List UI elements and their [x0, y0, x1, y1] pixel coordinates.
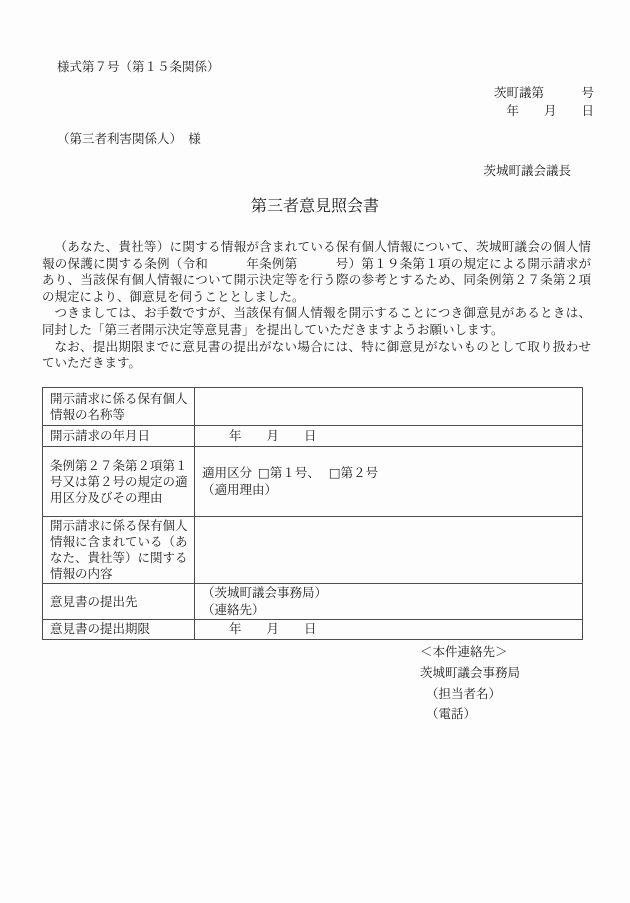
doc-number-block: 茨町議第 号 年 月 日 [494, 84, 594, 120]
applicability-line: 適用区分□第１号、□第２号 [202, 465, 576, 482]
table-row-info-content: 開示請求に係る保有個人情報に含まれている（あなた、貴社等）に関する情報の内容 [43, 517, 583, 584]
doc-number: 茨町議第 号 [494, 84, 594, 102]
contact-person: （担当者名） [420, 684, 520, 705]
row-value-info-content-blank [195, 517, 583, 584]
document-page: 様式第７号（第１５条関係） 茨町議第 号 年 月 日 （第三者利害関係人） 様 … [0, 0, 630, 903]
row-value-name-blank [195, 388, 583, 426]
table-row-name: 開示請求に係る保有個人情報の名称等 [43, 388, 583, 426]
row-label-info-content: 開示請求に係る保有個人情報に含まれている（あなた、貴社等）に関する情報の内容 [43, 517, 195, 584]
row-value-submit-to: （茨城町議会事務局） （連絡先） [195, 584, 583, 620]
table-row-request-date: 開示請求の年月日 年 月 日 [43, 426, 583, 447]
row-value-deadline-blank: 年 月 日 [195, 620, 583, 640]
row-value-request-date-blank: 年 月 日 [195, 426, 583, 447]
row-label-request-date: 開示請求の年月日 [43, 426, 195, 447]
row-label-applicability: 条例第２７条第２項第１号又は第２号の規定の適用区分及びその理由 [43, 447, 195, 517]
applicability-reason-label: （適用理由） [202, 482, 576, 499]
sender-title: 茨城町議会議長 [483, 161, 571, 179]
contact-org: 茨城町議会事務局 [420, 663, 520, 684]
doc-date: 年 月 日 [494, 102, 594, 120]
paragraph-2: つきましては、お手数ですが、当該保有個人情報を開示することにつき御意見があるとき… [42, 305, 591, 338]
request-info-table: 開示請求に係る保有個人情報の名称等 開示請求の年月日 年 月 日 条例第２７条第… [42, 387, 583, 640]
contact-header: ＜本件連絡先＞ [420, 642, 520, 663]
row-label-name: 開示請求に係る保有個人情報の名称等 [43, 388, 195, 426]
body-text: （あなた、貴社等）に関する情報が含まれている保有個人情報について、茨城町議会の個… [42, 239, 591, 372]
checkbox-no1-icon: □ [258, 465, 270, 480]
table-row-applicability: 条例第２７条第２項第１号又は第２号の規定の適用区分及びその理由 適用区分□第１号… [43, 447, 583, 517]
applicability-option-2: 第２号 [341, 465, 379, 480]
table-row-submit-to: 意見書の提出先 （茨城町議会事務局） （連絡先） [43, 584, 583, 620]
submit-to-line-1: （茨城町議会事務局） [202, 585, 576, 602]
table-row-deadline: 意見書の提出期限 年 月 日 [43, 620, 583, 640]
form-number: 様式第７号（第１５条関係） [57, 57, 220, 75]
row-label-deadline: 意見書の提出期限 [43, 620, 195, 640]
checkbox-no2-icon: □ [329, 465, 341, 480]
paragraph-1: （あなた、貴社等）に関する情報が含まれている保有個人情報について、茨城町議会の個… [42, 239, 591, 305]
addressee: （第三者利害関係人） 様 [57, 129, 201, 147]
row-value-applicability: 適用区分□第１号、□第２号 （適用理由） [195, 447, 583, 517]
submit-to-line-2: （連絡先） [202, 602, 576, 619]
paragraph-3: なお、提出期限までに意見書の提出がない場合には、特に御意見がないものとして取り扱… [42, 339, 591, 372]
document-title: 第三者意見照会書 [0, 193, 630, 216]
applicability-option-1: 第１号、 [270, 465, 320, 480]
contact-block: ＜本件連絡先＞ 茨城町議会事務局 （担当者名） （電話） [420, 642, 520, 725]
contact-phone: （電話） [420, 704, 520, 725]
row-label-submit-to: 意見書の提出先 [43, 584, 195, 620]
applicability-prefix: 適用区分 [202, 465, 252, 480]
